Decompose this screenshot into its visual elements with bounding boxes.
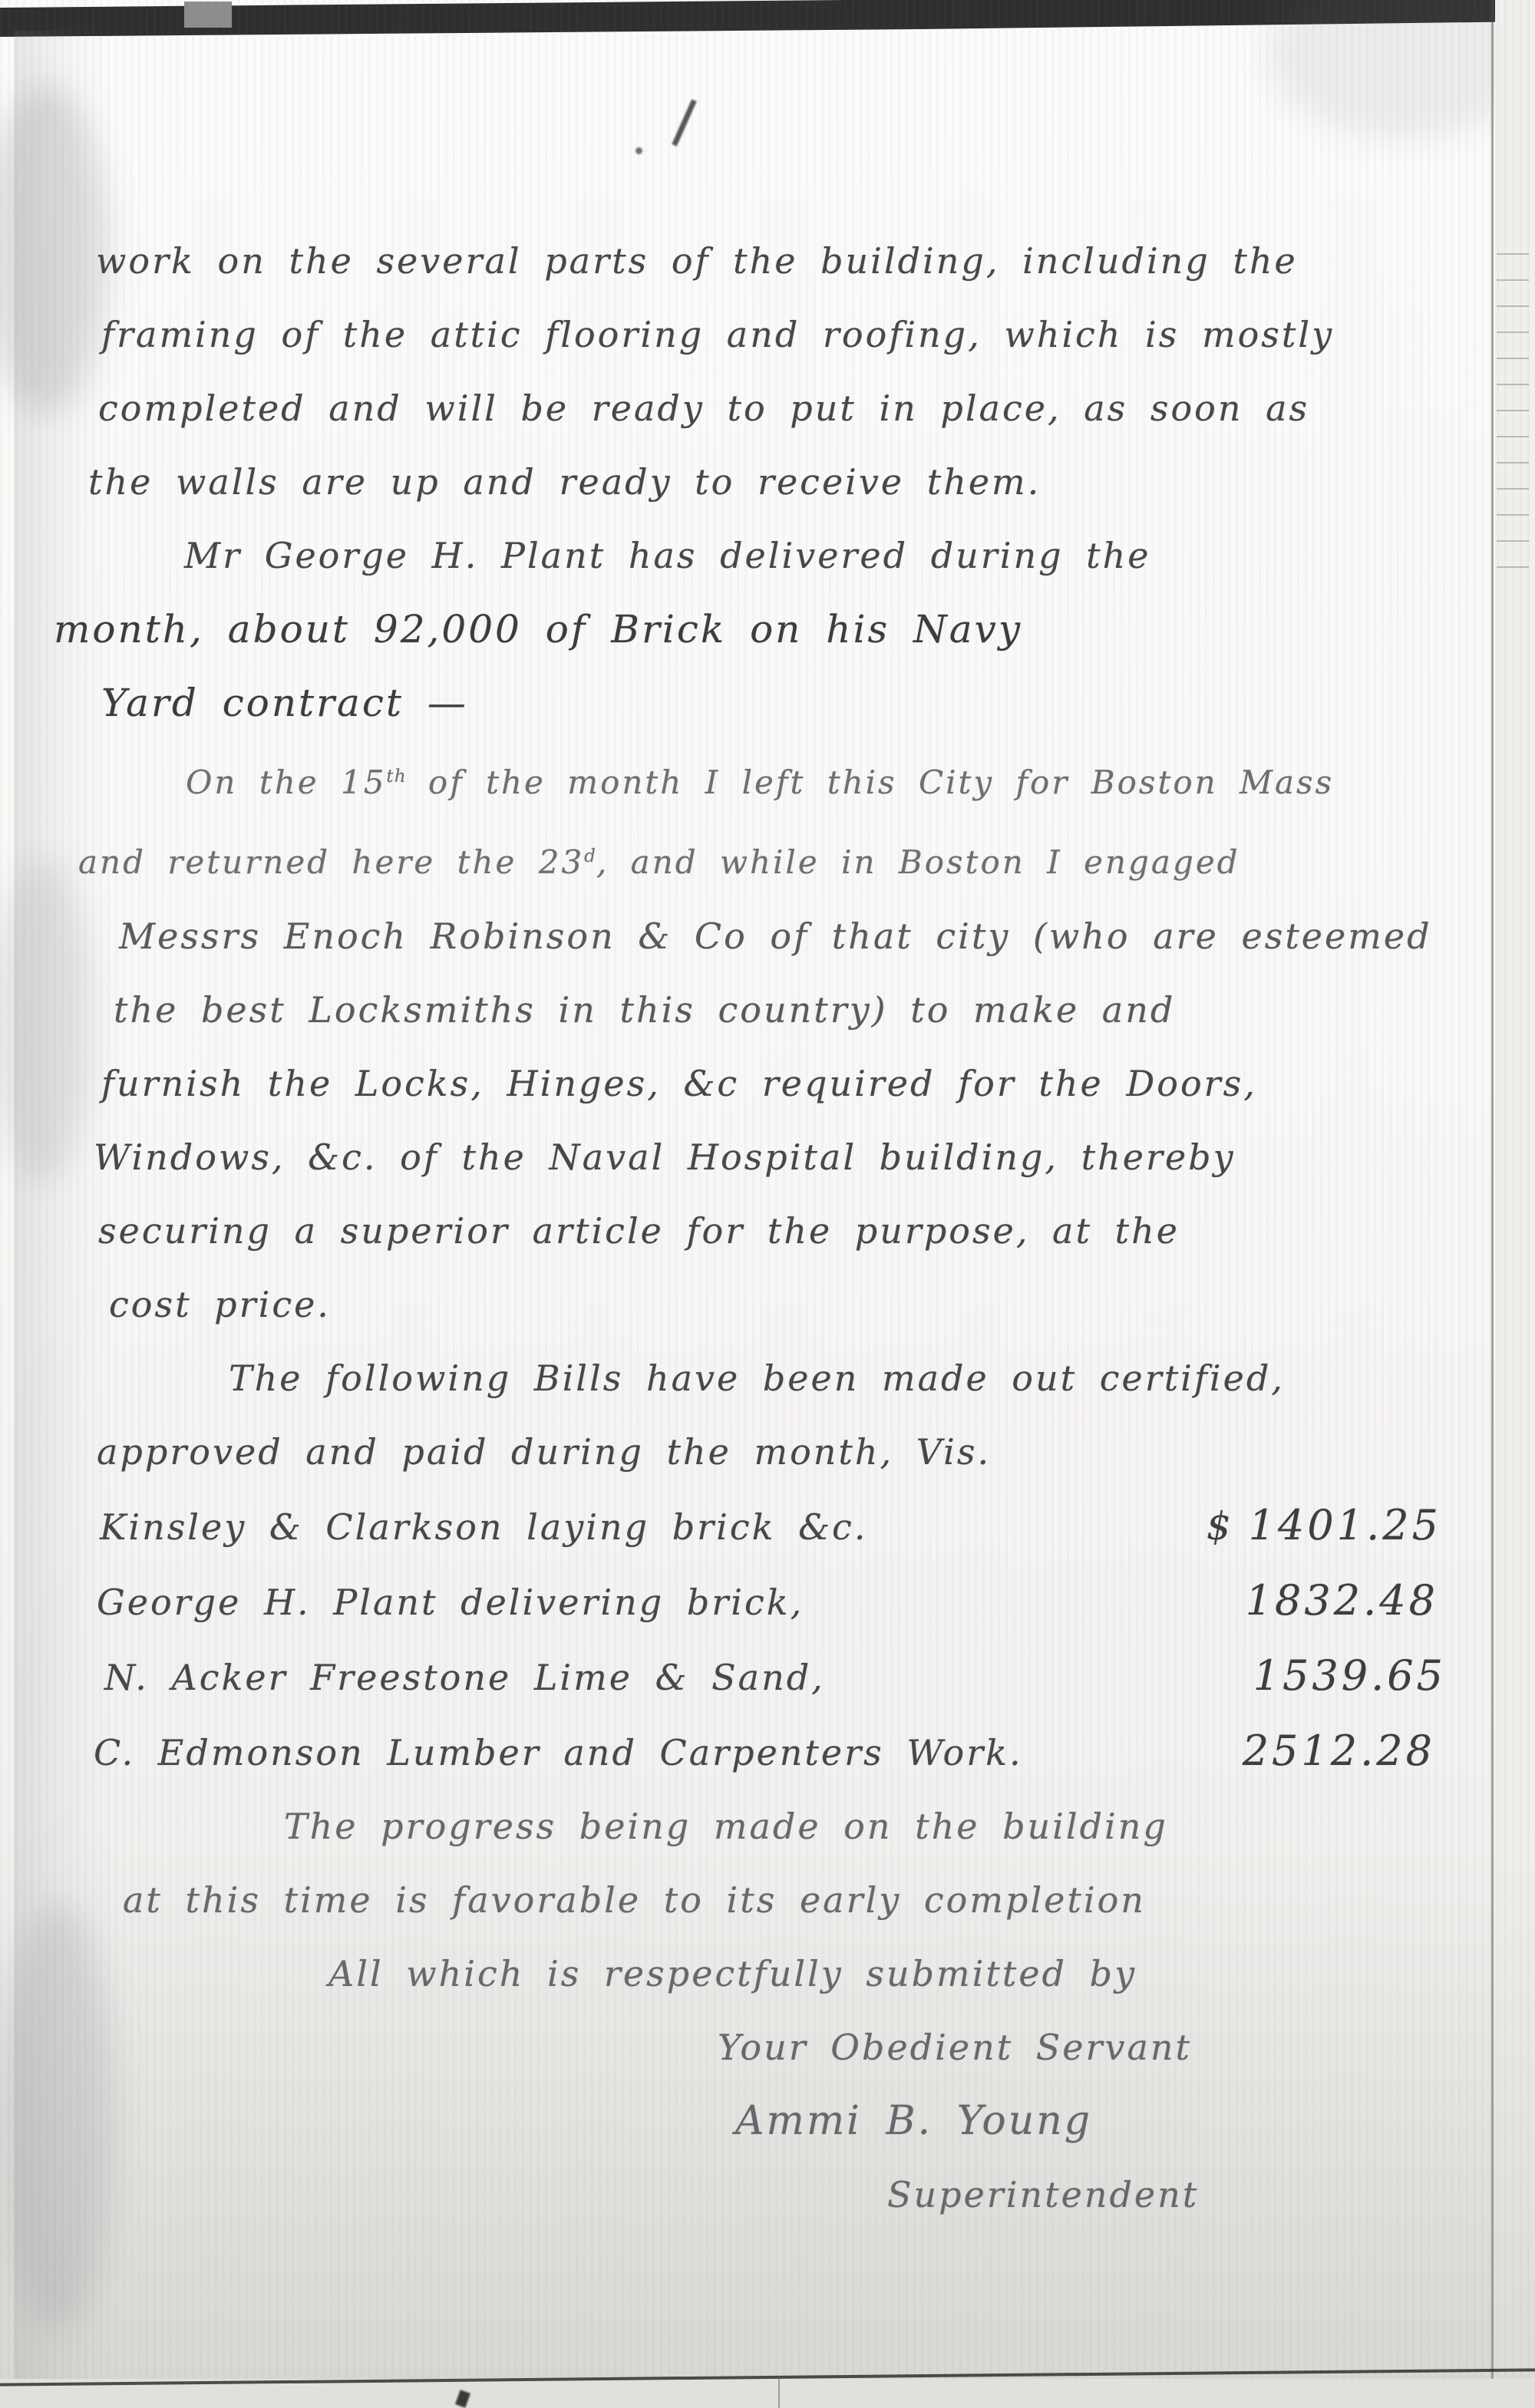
handwriting-line: cost price. xyxy=(54,1268,1412,1341)
handwriting-line: securing a superior article for the purp… xyxy=(54,1194,1412,1268)
bill-amount: 1539.65 xyxy=(1253,1639,1446,1713)
handwriting-line: and returned here the 23d, and while in … xyxy=(54,820,1412,899)
bill-row: N. Acker Freestone Lime & Sand, 1539.65 xyxy=(54,1639,1446,1714)
bottom-edge-tick xyxy=(778,2377,780,2408)
dollar-sign: $ xyxy=(1207,1489,1233,1563)
bill-row: C. Edmonson Lumber and Carpenters Work. … xyxy=(54,1714,1435,1790)
line-text: and returned here the 23 xyxy=(78,843,584,881)
signature-title: Superintendent xyxy=(54,2158,1412,2232)
line-text: , and while in Boston I engaged xyxy=(596,843,1240,881)
handwriting-line: month, about 92,000 of Brick on his Navy xyxy=(54,592,1412,666)
handwriting-line: Mr George H. Plant has delivered during … xyxy=(54,519,1412,592)
handwriting-line: Messrs Enoch Robinson & Co of that city … xyxy=(54,899,1412,973)
bill-payee: George H. Plant delivering brick, xyxy=(97,1565,804,1639)
letter-body: work on the several parts of the buildin… xyxy=(54,224,1412,2232)
signature-name: Ammi B. Young xyxy=(54,2084,1412,2158)
stray-ink-dot xyxy=(635,147,642,154)
bill-payee: N. Acker Freestone Lime & Sand, xyxy=(104,1641,825,1714)
handwriting-line: Yard contract — xyxy=(54,666,1412,740)
handwriting-line: The following Bills have been made out c… xyxy=(54,1341,1412,1415)
superscript: d xyxy=(584,846,596,866)
handwriting-line: All which is respectfully submitted by xyxy=(54,1937,1412,2011)
handwriting-line: framing of the attic flooring and roofin… xyxy=(54,298,1412,371)
scan-artifact-top-patch xyxy=(184,2,232,28)
handwriting-line: the walls are up and ready to receive th… xyxy=(54,445,1412,519)
bill-amount: 1401.25 xyxy=(1249,1489,1441,1562)
handwriting-line: approved and paid during the month, Vis. xyxy=(54,1415,1412,1489)
stray-ink-mark xyxy=(672,99,696,146)
handwriting-line: furnish the Locks, Hinges, &c required f… xyxy=(54,1047,1412,1120)
handwriting-line: at this time is favorable to its early c… xyxy=(54,1863,1412,1937)
closing-salutation: Your Obedient Servant xyxy=(54,2011,1412,2084)
handwriting-line: On the 15th of the month I left this Cit… xyxy=(54,740,1412,820)
scanned-letter-page: work on the several parts of the buildin… xyxy=(0,0,1535,2408)
superscript: th xyxy=(386,767,406,787)
handwriting-line: Windows, &c. of the Naval Hospital build… xyxy=(54,1120,1412,1194)
bill-payee: Kinsley & Clarkson laying brick &c. xyxy=(100,1490,867,1564)
bill-row: George H. Plant delivering brick, 1832.4… xyxy=(54,1564,1438,1639)
bill-row: Kinsley & Clarkson laying brick &c. $ 14… xyxy=(54,1489,1441,1564)
bill-payee: C. Edmonson Lumber and Carpenters Work. xyxy=(94,1716,1023,1790)
bill-amount: 1832.48 xyxy=(1246,1564,1438,1638)
handwriting-line: the best Locksmiths in this country) to … xyxy=(54,973,1412,1047)
line-text: of the month I left this City for Boston… xyxy=(407,764,1335,801)
handwriting-line: work on the several parts of the buildin… xyxy=(54,224,1412,298)
ruled-page-ticks xyxy=(1497,253,1529,568)
handwriting-line: The progress being made on the building xyxy=(54,1790,1412,1863)
handwriting-line: completed and will be ready to put in pl… xyxy=(54,371,1412,445)
line-text: On the 15 xyxy=(186,764,386,801)
bill-amount: 2512.28 xyxy=(1243,1714,1435,1788)
